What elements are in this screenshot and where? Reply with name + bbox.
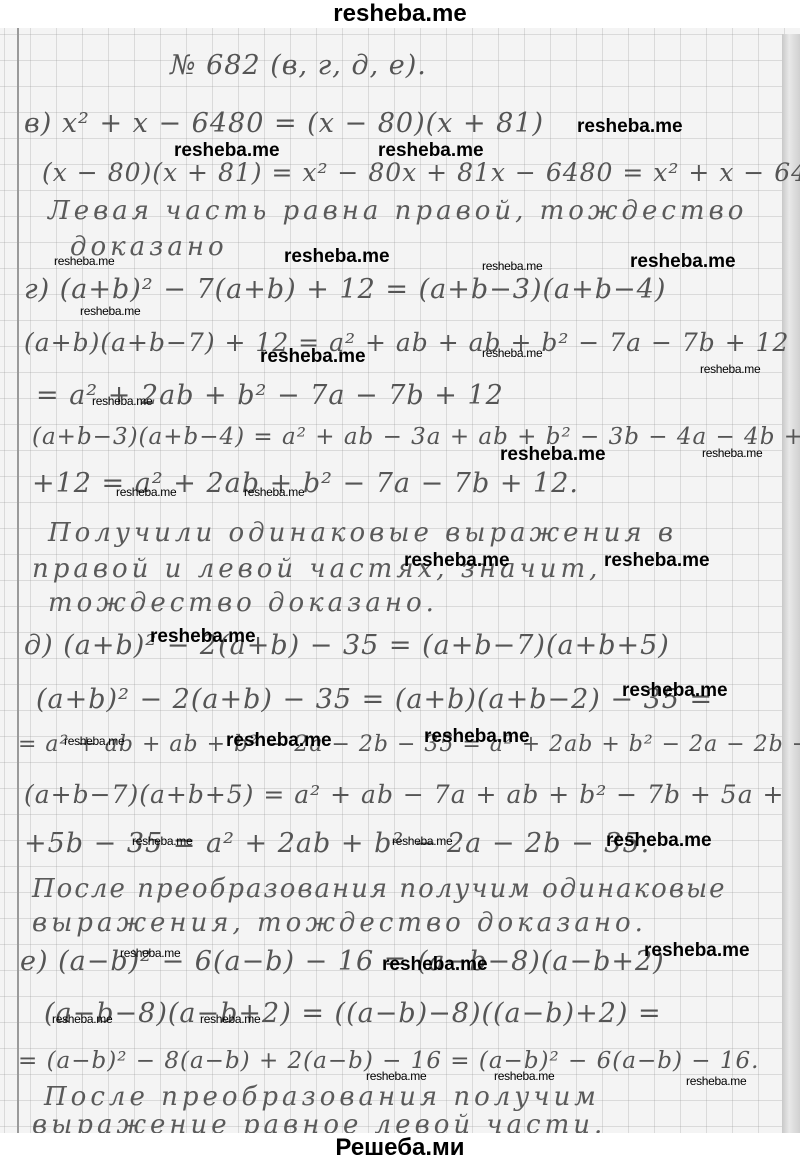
solution-line: (a+b−3)(a+b−4) = a² + ab − 3a + ab + b² … [32,424,800,450]
watermark: resheba.me [700,362,760,376]
watermark: resheba.me [378,140,484,162]
solution-line: (a+b)(a+b−7) + 12 = a² + ab + ab + b² − … [24,328,800,357]
watermark: resheba.me [604,550,710,572]
watermark: resheba.me [150,626,256,648]
solution-line: выражения, тождество доказано. [32,908,647,938]
page-fold-shadow [782,34,800,1133]
watermark: resheba.me [260,346,366,368]
watermark: resheba.me [404,550,510,572]
watermark: resheba.me [120,946,180,960]
watermark: resheba.me [494,1069,554,1083]
watermark: resheba.me [382,954,488,976]
watermark: resheba.me [366,1069,426,1083]
solution-line: в) x² + x − 6480 = (x − 80)(x + 81) [24,108,544,139]
solution-line: (a+b)² − 2(a+b) − 35 = (a+b)(a+b−2) − 35… [36,684,713,715]
watermark: resheba.me [64,734,124,748]
watermark: resheba.me [424,726,530,748]
solution-line: д) (a+b)² − 2(a+b) − 35 = (a+b−7)(a+b+5) [24,630,670,661]
site-header-banner: resheba.me [0,0,800,28]
problem-title: № 682 (в, г, д, е). [170,50,427,81]
watermark: resheba.me [630,251,736,273]
solution-line: е) (a−b)² − 6(a−b) − 16 = (a−b−8)(a−b+2) [20,946,665,977]
watermark: resheba.me [200,1012,260,1026]
watermark: resheba.me [116,485,176,499]
watermark: resheba.me [500,444,606,466]
watermark: resheba.me [482,346,542,360]
solution-line: Левая часть равна правой, тождество [48,196,747,226]
watermark: resheba.me [284,246,390,268]
watermark: resheba.me [132,834,192,848]
watermark: resheba.me [92,394,152,408]
solution-line: (a+b−7)(a+b+5) = a² + ab − 7a + ab + b² … [24,780,785,809]
notebook-page: № 682 (в, г, д, е). в) x² + x − 6480 = (… [0,28,800,1133]
watermark: resheba.me [606,830,712,852]
solution-line: +5b − 35 = a² + 2ab + b² − 2a − 2b − 35. [24,828,650,859]
watermark: resheba.me [174,140,280,162]
watermark: resheba.me [226,730,332,752]
watermark: resheba.me [702,446,762,460]
solution-line: = a² + ab + ab + b² − 2a − 2b − 35 = a² … [18,732,800,757]
margin-line [17,28,19,1133]
watermark: resheba.me [392,834,452,848]
solution-line: +12 = a² + 2ab + b² − 7a − 7b + 12. [32,468,579,499]
watermark: resheba.me [482,259,542,273]
watermark: resheba.me [644,940,750,962]
watermark: resheba.me [622,680,728,702]
solution-line: После преобразования получим [44,1082,600,1112]
site-footer-banner: Решеба.ми [0,1133,800,1163]
solution-line: (a−b−8)(a−b+2) = ((a−b)−8)((a−b)+2) = [44,998,662,1029]
solution-line: тождество доказано. [48,588,438,618]
watermark: resheba.me [686,1074,746,1088]
solution-line: (x − 80)(x + 81) = x² − 80x + 81x − 6480… [42,158,800,187]
solution-line: выражение равное левой части. [32,1110,606,1133]
watermark: resheba.me [80,304,140,318]
solution-line: Получили одинаковые выражения в [48,518,677,548]
solution-line: После преобразования получим одинаковые [32,874,727,904]
solution-line: правой и левой частях, значит, [32,554,601,584]
watermark: resheba.me [577,116,683,138]
watermark: resheba.me [54,254,114,268]
solution-line: г) (a+b)² − 7(a+b) + 12 = (a+b−3)(a+b−4) [24,274,666,305]
watermark: resheba.me [52,1012,112,1026]
watermark: resheba.me [244,485,304,499]
